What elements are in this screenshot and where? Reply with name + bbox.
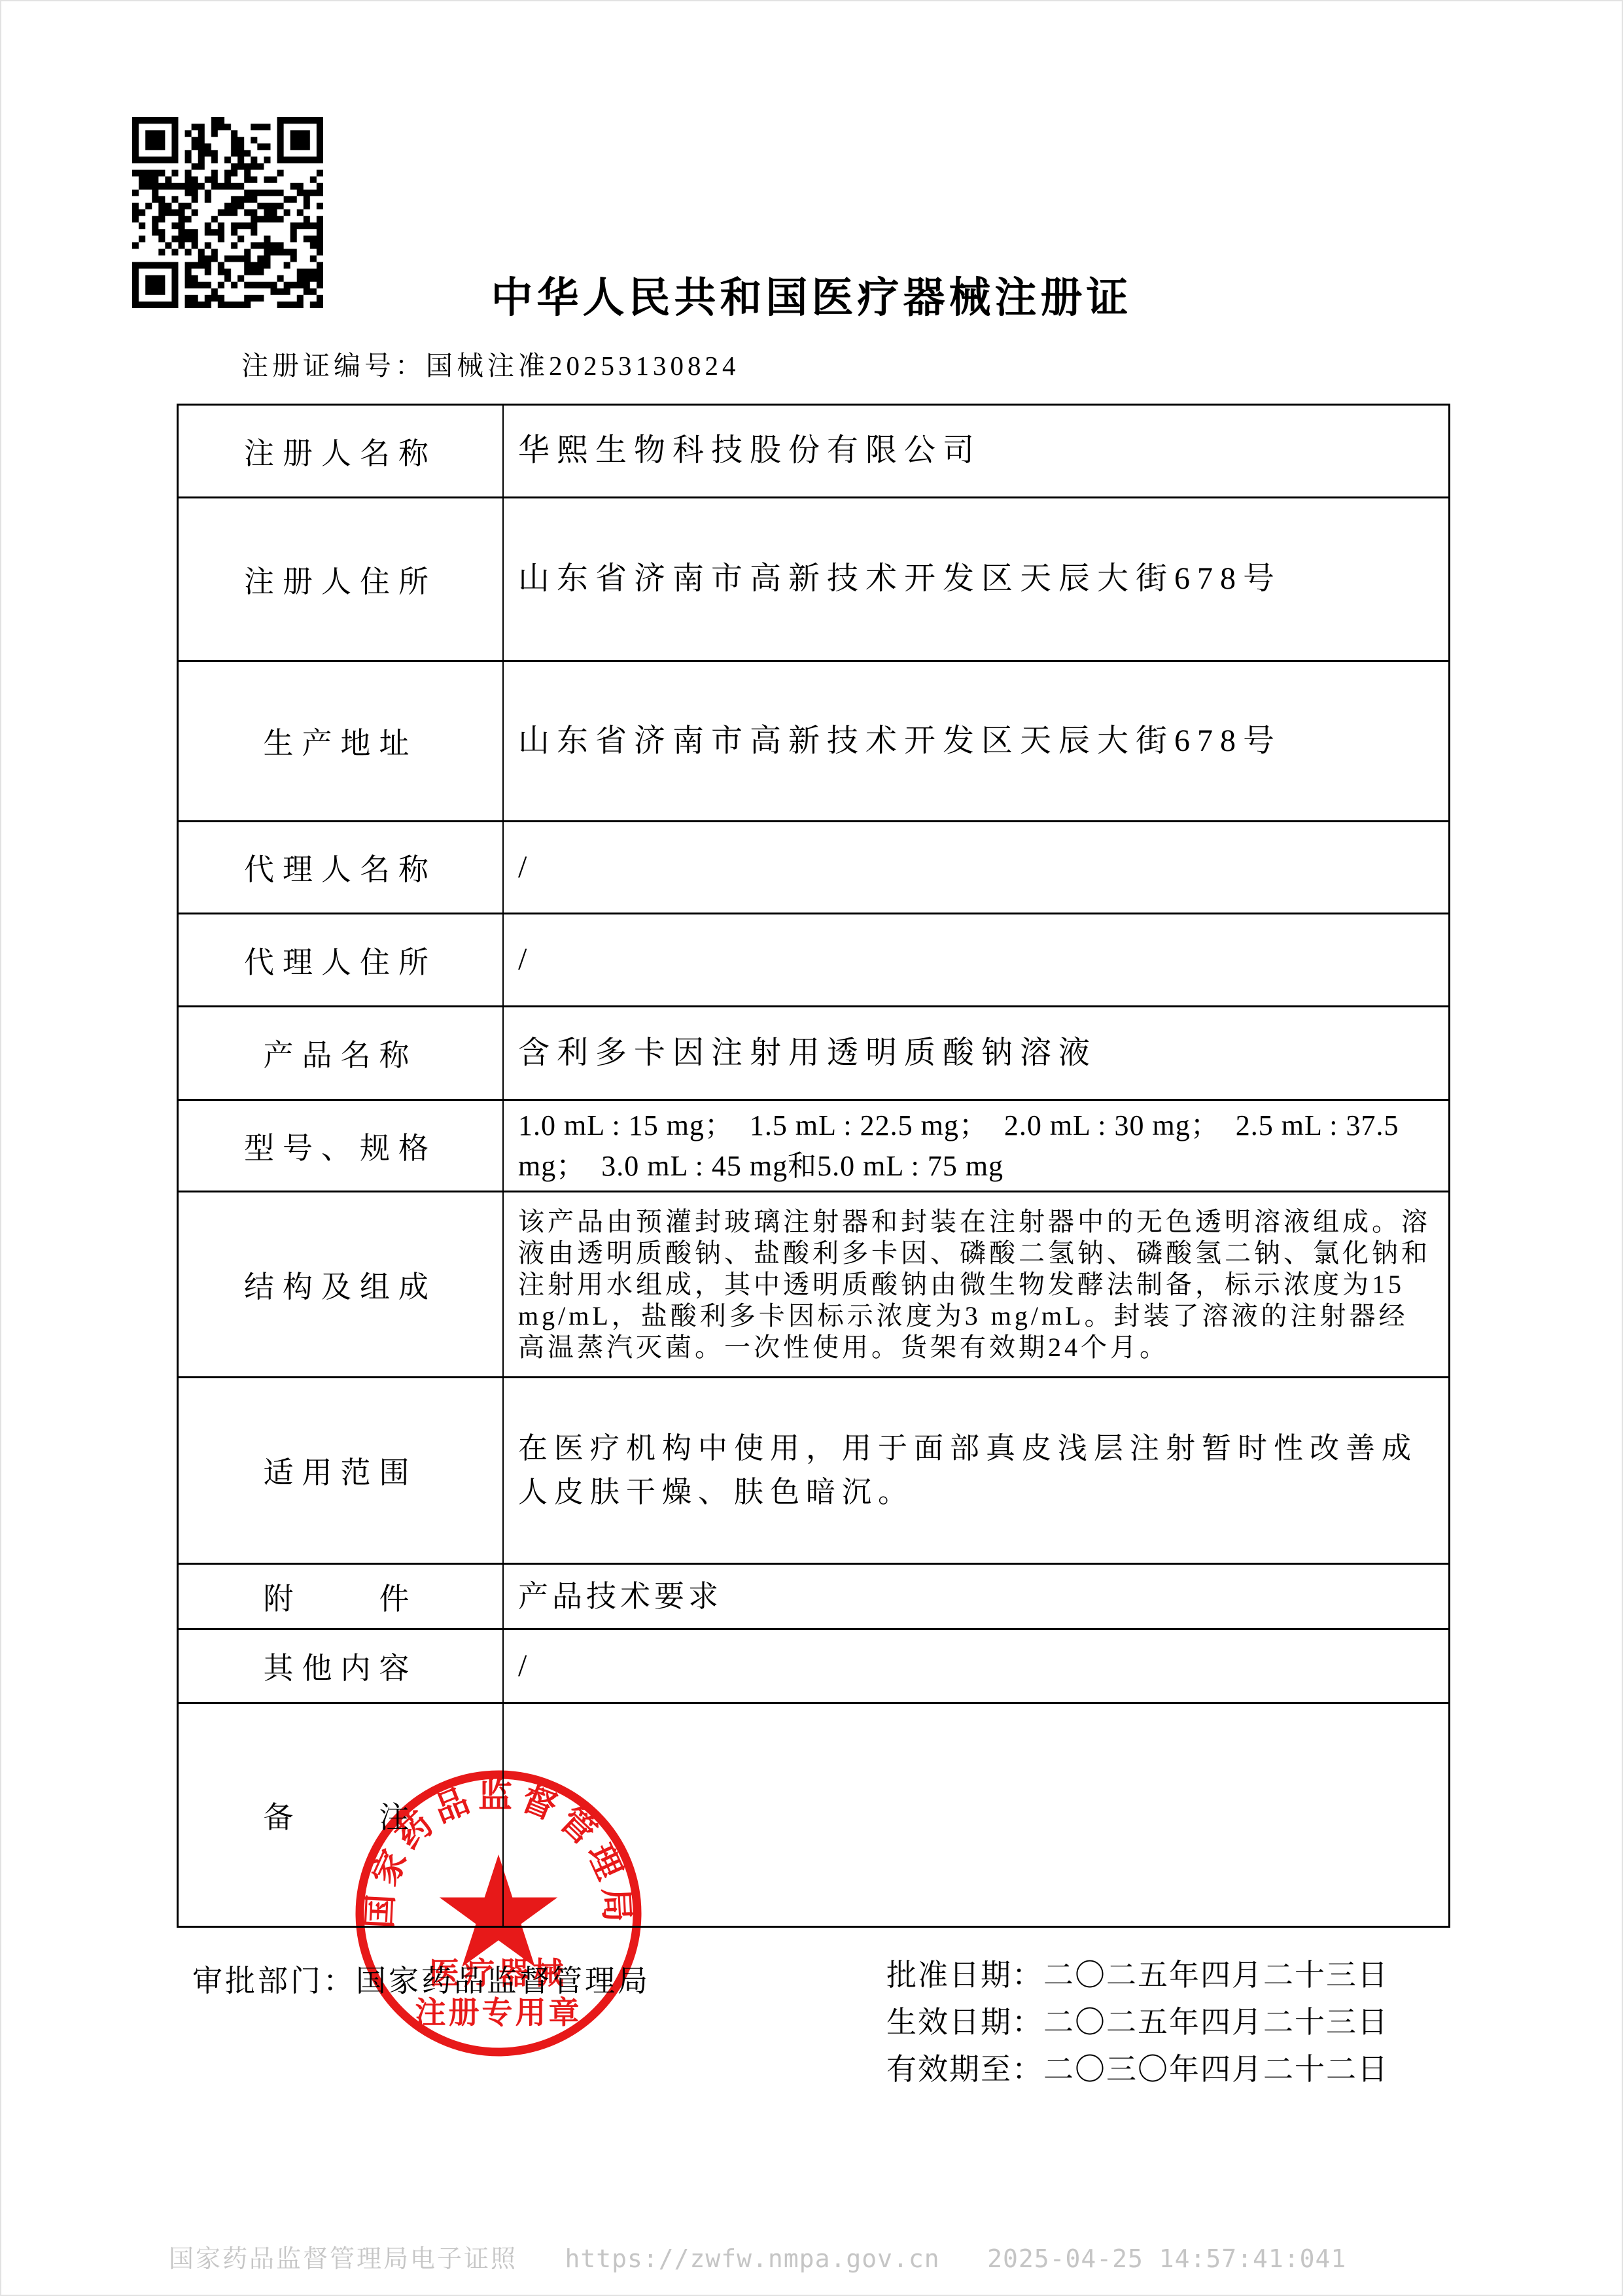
row-value: 华熙生物科技股份有限公司 [504, 406, 1448, 496]
table-row: 结构及组成 该产品由预灌封玻璃注射器和封装在注射器中的无色透明溶液组成。溶液由透… [179, 1192, 1448, 1378]
footer-label: 国家药品监督管理局电子证照 [169, 2246, 517, 2273]
row-value: 产品技术要求 [504, 1565, 1448, 1628]
table-row: 适用范围 在医疗机构中使用，用于面部真皮浅层注射暂时性改善成人皮肤干燥、肤色暗沉… [179, 1378, 1448, 1565]
certificate-table: 注册人名称 华熙生物科技股份有限公司 注册人住所 山东省济南市高新技术开发区天辰… [177, 404, 1450, 1928]
row-label: 生产地址 [179, 662, 504, 820]
row-label: 其他内容 [179, 1630, 504, 1702]
table-row: 代理人住所 / [179, 914, 1448, 1007]
seal-line2: 注册专用章 [415, 1995, 582, 2030]
row-value: 山东省济南市高新技术开发区天辰大街678号 [504, 498, 1448, 660]
row-label: 注册人住所 [179, 498, 504, 660]
footer-timestamp: 2025-04-25 14:57:41:041 [987, 2244, 1346, 2273]
table-row: 型号、规格 1.0 mL : 15 mg； 1.5 mL : 22.5 mg； … [179, 1101, 1448, 1192]
row-value: 1.0 mL : 15 mg； 1.5 mL : 22.5 mg； 2.0 mL… [504, 1101, 1448, 1191]
table-row: 代理人名称 / [179, 822, 1448, 914]
official-seal: 国家药品监督管理局 医疗器械 注册专用章 [335, 1750, 662, 2077]
row-value: 在医疗机构中使用，用于面部真皮浅层注射暂时性改善成人皮肤干燥、肤色暗沉。 [504, 1378, 1448, 1563]
row-value: / [504, 822, 1448, 913]
row-value: / [504, 914, 1448, 1005]
row-label: 代理人住所 [179, 914, 504, 1005]
row-value: 含利多卡因注射用透明质酸钠溶液 [504, 1007, 1448, 1099]
approval-date: 批准日期：二〇二五年四月二十三日 [886, 1952, 1389, 1999]
footer-url: https://zwfw.nmpa.gov.cn [565, 2244, 940, 2273]
row-label: 型号、规格 [179, 1101, 504, 1191]
table-row: 附 件 产品技术要求 [179, 1565, 1448, 1630]
row-value: 该产品由预灌封玻璃注射器和封装在注射器中的无色透明溶液组成。溶液由透明质酸钠、盐… [504, 1192, 1448, 1376]
date-block: 批准日期：二〇二五年四月二十三日 生效日期：二〇二五年四月二十三日 有效期至：二… [886, 1952, 1389, 2093]
footer-line: 国家药品监督管理局电子证照 https://zwfw.nmpa.gov.cn 2… [169, 2238, 1346, 2274]
row-label: 结构及组成 [179, 1192, 504, 1376]
page-title: 中华人民共和国医疗器械注册证 [1, 264, 1622, 324]
seal-line1: 医疗器械 [429, 1956, 568, 1991]
table-row: 产品名称 含利多卡因注射用透明质酸钠溶液 [179, 1007, 1448, 1101]
effective-date: 生效日期：二〇二五年四月二十三日 [886, 1999, 1389, 2046]
row-label: 产品名称 [179, 1007, 504, 1099]
table-row: 其他内容 / [179, 1630, 1448, 1704]
row-label: 注册人名称 [179, 406, 504, 496]
table-row: 注册人住所 山东省济南市高新技术开发区天辰大街678号 [179, 498, 1448, 662]
row-value: / [504, 1630, 1448, 1702]
seal-star-icon [440, 1854, 558, 1967]
expiry-date: 有效期至：二〇三〇年四月二十二日 [886, 2046, 1389, 2093]
row-label: 代理人名称 [179, 822, 504, 913]
registration-number: 注册证编号：国械注准20253130824 [241, 344, 740, 383]
table-row: 生产地址 山东省济南市高新技术开发区天辰大街678号 [179, 662, 1448, 822]
certificate-page: 中华人民共和国医疗器械注册证 注册证编号：国械注准20253130824 注册人… [0, 0, 1623, 2296]
table-row: 注册人名称 华熙生物科技股份有限公司 [179, 406, 1448, 498]
row-value: 山东省济南市高新技术开发区天辰大街678号 [504, 662, 1448, 820]
row-label: 适用范围 [179, 1378, 504, 1563]
row-label: 附 件 [179, 1565, 504, 1628]
